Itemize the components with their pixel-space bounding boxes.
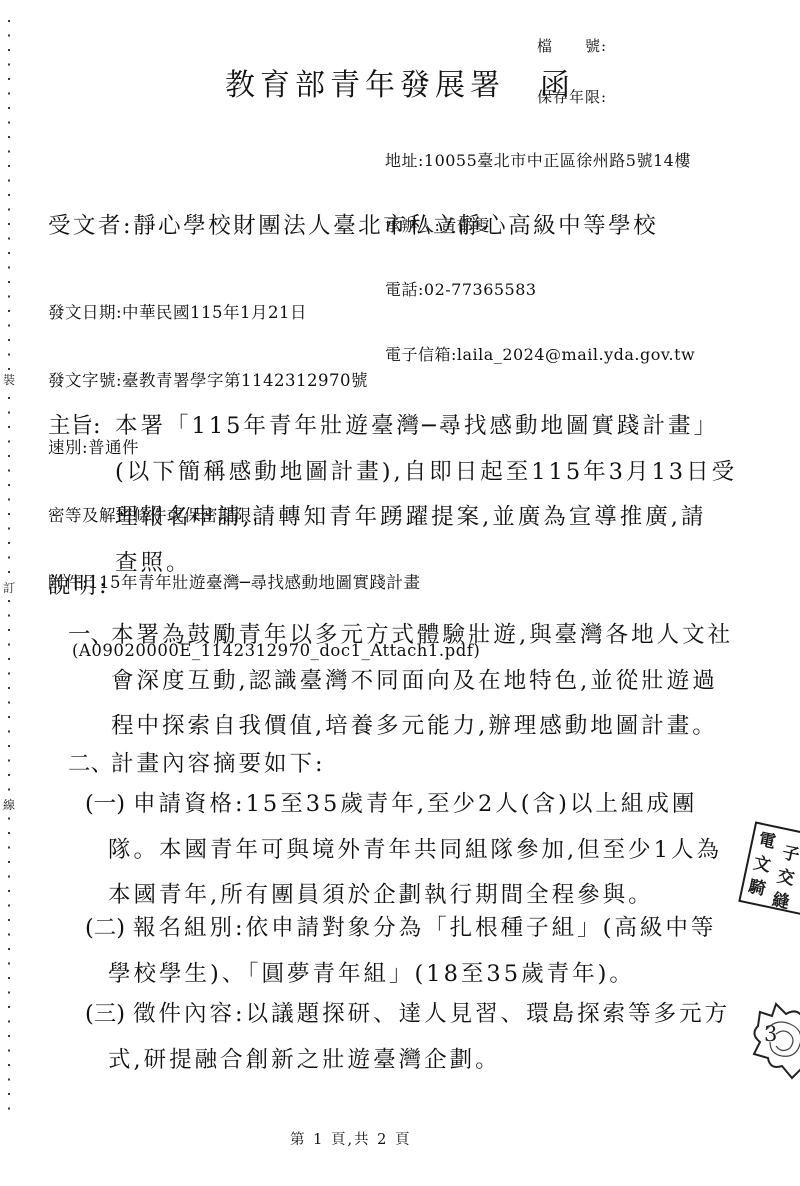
binding-mark-zhuang: 裝: [2, 371, 16, 389]
official-letter-page: 裝 訂 線 檔 號: 保存年限: 教育部青年發展署 函 地址:10055臺北市中…: [0, 0, 800, 1186]
sub-item-3: (三)徵件內容:以議題探研、達人見習、環島探索等多元方 式,研提融合創新之壯遊臺…: [85, 992, 730, 1083]
item-line: 二、計畫內容摘要如下:: [68, 742, 326, 788]
page-footer: 第 1 頁,共 2 頁: [290, 1128, 412, 1149]
recipient-line: 受文者:靜心學校財團法人臺北市私立靜心高級中等學校: [48, 208, 658, 240]
electronic-exchange-seam-stamp: 電文騎 子交縫: [738, 821, 800, 916]
explanation-item-1: 一、本署為鼓勵青年以多元方式體驗壯遊,與臺灣各地人文社 會深度互動,認識臺灣不同…: [68, 613, 733, 750]
sender-address: 地址:10055臺北市中正區徐州路5號14樓: [385, 150, 695, 172]
item-line: 會深度互動,認識臺灣不同面向及在地特色,並從壯遊過: [111, 659, 733, 705]
item-text: 計畫內容摘要如下:: [111, 751, 326, 777]
sub-item-text: 報名組別:依申請對象分為「扎根種子組」(高級中等: [133, 915, 716, 941]
sub-item-1-label: (一): [85, 782, 133, 828]
sub-item-line: 式,研提融合創新之壯遊臺灣企劃。: [108, 1038, 730, 1084]
sub-item-line: 學校學生)、「圓夢青年組」(18至35歲青年)。: [108, 952, 716, 998]
sub-item-line: (三)徵件內容:以議題探研、達人見習、環島探索等多元方: [85, 992, 730, 1038]
document-title: 教育部青年發展署 函: [0, 60, 800, 104]
sub-item-2: (二)報名組別:依申請對象分為「扎根種子組」(高級中等 學校學生)、「圓夢青年組…: [85, 906, 716, 997]
item-1-label: 一、: [68, 613, 111, 659]
sub-item-2-label: (二): [85, 906, 133, 952]
subject-line: (以下簡稱感動地圖計畫),自即日起至115年3月13日受: [115, 450, 737, 496]
file-number-label: 檔 號:: [537, 38, 607, 55]
sub-item-line: 隊。本國青年可與境外青年共同組隊參加,但至少1人為: [108, 828, 722, 874]
binding-mark-xian: 線: [2, 796, 16, 814]
subject-block: 主旨:本署「115年青年壯遊臺灣─尋找感動地圖實踐計畫」 (以下簡稱感動地圖計畫…: [48, 404, 737, 586]
binding-dotted-line: [8, 20, 10, 1110]
sub-item-line: (二)報名組別:依申請對象分為「扎根種子組」(高級中等: [85, 906, 716, 952]
item-text: 本署為鼓勵青年以多元方式體驗壯遊,與臺灣各地人文社: [111, 622, 733, 648]
sub-item-text: 徵件內容:以議題探研、達人見習、環島探索等多元方: [133, 1001, 730, 1027]
seal-page-number: 3: [764, 1022, 777, 1046]
sub-item-3-label: (三): [85, 992, 133, 1038]
binding-mark-ding: 訂: [2, 579, 16, 597]
subject-line: 理報名申請,請轉知青年踴躍提案,並廣為宣導推廣,請: [115, 495, 737, 541]
subject-text: 本署「115年青年壯遊臺灣─尋找感動地圖實踐計畫」: [115, 413, 719, 439]
sub-item-line: (一)申請資格:15至35歲青年,至少2人(含)以上組成團: [85, 782, 722, 828]
sub-item-1: (一)申請資格:15至35歲青年,至少2人(含)以上組成團 隊。本國青年可與境外…: [85, 782, 722, 919]
item-line: 一、本署為鼓勵青年以多元方式體驗壯遊,與臺灣各地人文社: [68, 613, 733, 659]
subject-line: 主旨:本署「115年青年壯遊臺灣─尋找感動地圖實踐計畫」: [48, 404, 737, 450]
seam-stamp-column: 子交縫: [771, 841, 800, 910]
document-number: 發文字號:臺教青署學字第1142312970號: [48, 370, 480, 393]
round-seal-stamp: 3: [746, 1000, 800, 1084]
subject-line: 查照。: [115, 541, 737, 587]
subject-label: 主旨:: [48, 404, 115, 450]
explanation-item-2: 二、計畫內容摘要如下:: [68, 742, 326, 788]
item-2-label: 二、: [68, 742, 111, 788]
sub-item-text: 申請資格:15至35歲青年,至少2人(含)以上組成團: [133, 791, 697, 817]
explanation-label: 說明:: [48, 568, 110, 600]
issue-date: 發文日期:中華民國115年1月21日: [48, 302, 480, 325]
